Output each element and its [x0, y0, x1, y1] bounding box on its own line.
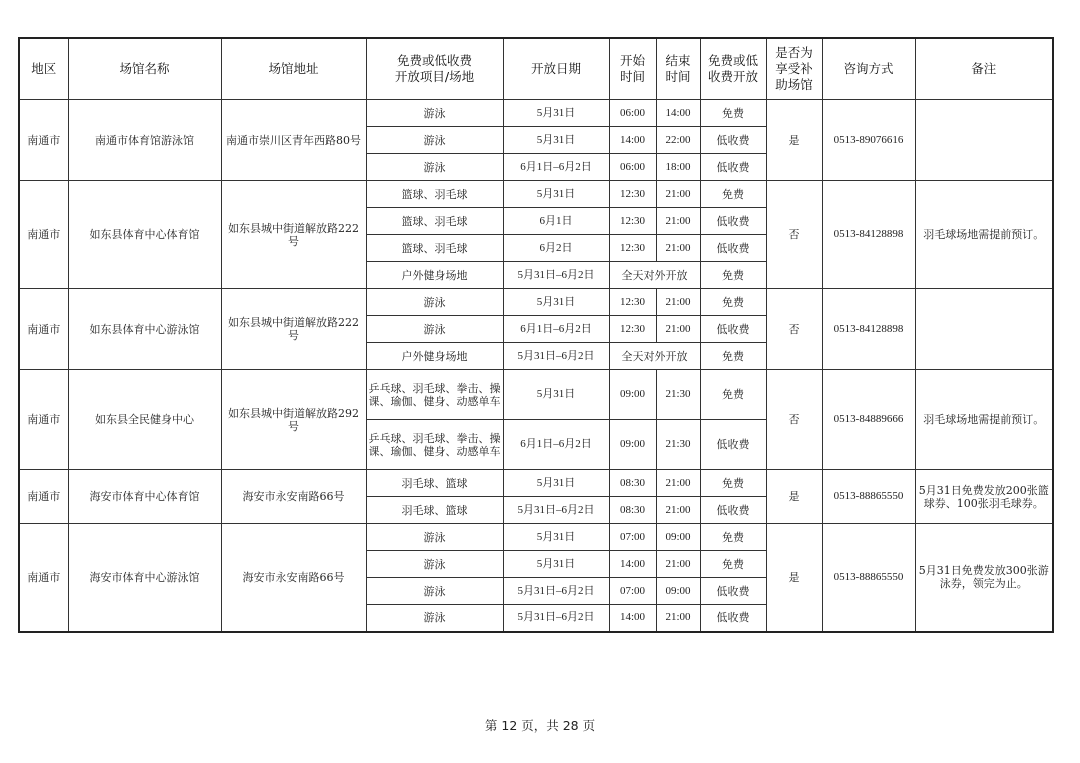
- all-day-cell: 全天对外开放: [609, 262, 700, 289]
- header-fee-type: 免费或低收费开放: [700, 38, 766, 100]
- region-cell: 南通市: [19, 289, 68, 370]
- venue-name-cell: 南通市体育馆游泳馆: [68, 100, 221, 181]
- page-indicator: 第 12 页，共 28 页: [0, 716, 1080, 734]
- table-header-row: 地区 场馆名称 场馆地址 免费或低收费开放项目/场地 开放日期 开始时间 结束时…: [19, 38, 1053, 100]
- header-contact: 咨询方式: [822, 38, 915, 100]
- region-cell: 南通市: [19, 181, 68, 289]
- date-cell: 5月31日: [503, 100, 609, 127]
- table-row: 南通市 如东县体育中心游泳馆 如东县城中街道解放路222号 游泳 5月31日 1…: [19, 289, 1053, 316]
- fee-cell: 免费: [700, 262, 766, 289]
- end-time-cell: 21:00: [656, 181, 700, 208]
- start-time-cell: 14:00: [609, 551, 656, 578]
- remarks-cell: 羽毛球场地需提前预订。: [915, 370, 1053, 470]
- start-time-cell: 12:30: [609, 316, 656, 343]
- date-cell: 5月31日–6月2日: [503, 343, 609, 370]
- project-cell: 游泳: [366, 605, 503, 632]
- fee-cell: 低收费: [700, 316, 766, 343]
- contact-cell: 0513-84128898: [822, 289, 915, 370]
- header-project-line2: 开放项目/场地: [395, 69, 474, 84]
- header-sub-line1: 是否为: [775, 45, 813, 60]
- start-time-cell: 12:30: [609, 181, 656, 208]
- header-project-line1: 免费或低收费: [397, 53, 472, 68]
- end-time-cell: 21:00: [656, 235, 700, 262]
- venue-address-cell: 如东县城中街道解放路222号: [221, 181, 366, 289]
- end-time-cell: 09:00: [656, 524, 700, 551]
- end-time-cell: 22:00: [656, 127, 700, 154]
- start-time-cell: 07:00: [609, 524, 656, 551]
- end-time-cell: 21:00: [656, 497, 700, 524]
- header-start-time: 开始时间: [609, 38, 656, 100]
- fee-cell: 低收费: [700, 235, 766, 262]
- venue-name-cell: 如东县体育中心体育馆: [68, 181, 221, 289]
- end-time-cell: 21:00: [656, 208, 700, 235]
- fee-cell: 低收费: [700, 497, 766, 524]
- project-cell: 羽毛球、篮球: [366, 497, 503, 524]
- date-cell: 5月31日: [503, 370, 609, 420]
- date-cell: 6月1日–6月2日: [503, 154, 609, 181]
- end-time-cell: 21:30: [656, 370, 700, 420]
- fee-cell: 免费: [700, 370, 766, 420]
- date-cell: 5月31日: [503, 127, 609, 154]
- fee-cell: 低收费: [700, 208, 766, 235]
- project-cell: 游泳: [366, 316, 503, 343]
- venue-address-cell: 如东县城中街道解放路222号: [221, 289, 366, 370]
- venue-address-cell: 海安市永安南路66号: [221, 470, 366, 524]
- header-end-line1: 结束: [665, 53, 690, 68]
- end-time-cell: 21:00: [656, 316, 700, 343]
- remarks-cell: [915, 100, 1053, 181]
- project-cell: 游泳: [366, 289, 503, 316]
- table-row: 南通市 海安市体育中心体育馆 海安市永安南路66号 羽毛球、篮球 5月31日 0…: [19, 470, 1053, 497]
- start-time-cell: 08:30: [609, 470, 656, 497]
- start-time-cell: 14:00: [609, 127, 656, 154]
- date-cell: 6月1日: [503, 208, 609, 235]
- fee-cell: 低收费: [700, 420, 766, 470]
- project-cell: 户外健身场地: [366, 262, 503, 289]
- end-time-cell: 18:00: [656, 154, 700, 181]
- project-cell: 篮球、羽毛球: [366, 235, 503, 262]
- remarks-cell: 5月31日免费发放300张游泳券，领完为止。: [915, 524, 1053, 632]
- fee-cell: 低收费: [700, 605, 766, 632]
- date-cell: 5月31日: [503, 470, 609, 497]
- start-time-cell: 09:00: [609, 420, 656, 470]
- region-cell: 南通市: [19, 370, 68, 470]
- date-cell: 5月31日–6月2日: [503, 578, 609, 605]
- subsidized-cell: 否: [766, 370, 822, 470]
- remarks-cell: 羽毛球场地需提前预订。: [915, 181, 1053, 289]
- contact-cell: 0513-84889666: [822, 370, 915, 470]
- subsidized-cell: 是: [766, 100, 822, 181]
- venue-name-cell: 海安市体育中心体育馆: [68, 470, 221, 524]
- project-cell: 游泳: [366, 578, 503, 605]
- fee-cell: 免费: [700, 181, 766, 208]
- fee-cell: 低收费: [700, 154, 766, 181]
- fee-cell: 免费: [700, 551, 766, 578]
- fee-cell: 低收费: [700, 127, 766, 154]
- venue-address-cell: 海安市永安南路66号: [221, 524, 366, 632]
- end-time-cell: 21:30: [656, 420, 700, 470]
- date-cell: 5月31日–6月2日: [503, 605, 609, 632]
- fee-cell: 免费: [700, 470, 766, 497]
- fee-cell: 免费: [700, 100, 766, 127]
- region-cell: 南通市: [19, 100, 68, 181]
- header-start-line1: 开始: [620, 53, 645, 68]
- venue-name-cell: 如东县体育中心游泳馆: [68, 289, 221, 370]
- venue-address-cell: 南通市崇川区青年西路80号: [221, 100, 366, 181]
- venue-name-cell: 海安市体育中心游泳馆: [68, 524, 221, 632]
- end-time-cell: 21:00: [656, 289, 700, 316]
- header-venue-name: 场馆名称: [68, 38, 221, 100]
- header-remarks: 备注: [915, 38, 1053, 100]
- fee-cell: 免费: [700, 289, 766, 316]
- start-time-cell: 12:30: [609, 289, 656, 316]
- subsidized-cell: 是: [766, 470, 822, 524]
- date-cell: 6月1日–6月2日: [503, 420, 609, 470]
- header-start-line2: 时间: [620, 69, 645, 84]
- end-time-cell: 21:00: [656, 551, 700, 578]
- subsidized-cell: 否: [766, 289, 822, 370]
- project-cell: 篮球、羽毛球: [366, 208, 503, 235]
- start-time-cell: 06:00: [609, 154, 656, 181]
- date-cell: 5月31日: [503, 551, 609, 578]
- project-cell: 乒乓球、羽毛球、拳击、操课、瑜伽、健身、动感单车: [366, 420, 503, 470]
- date-cell: 5月31日: [503, 524, 609, 551]
- header-project: 免费或低收费开放项目/场地: [366, 38, 503, 100]
- end-time-cell: 14:00: [656, 100, 700, 127]
- header-sub-line3: 助场馆: [775, 77, 813, 92]
- header-end-time: 结束时间: [656, 38, 700, 100]
- header-region: 地区: [19, 38, 68, 100]
- date-cell: 5月31日: [503, 181, 609, 208]
- header-fee-line2: 收费开放: [708, 69, 758, 84]
- subsidized-cell: 是: [766, 524, 822, 632]
- project-cell: 游泳: [366, 100, 503, 127]
- end-time-cell: 21:00: [656, 470, 700, 497]
- contact-cell: 0513-89076616: [822, 100, 915, 181]
- header-end-line2: 时间: [665, 69, 690, 84]
- start-time-cell: 09:00: [609, 370, 656, 420]
- all-day-cell: 全天对外开放: [609, 343, 700, 370]
- region-cell: 南通市: [19, 470, 68, 524]
- start-time-cell: 14:00: [609, 605, 656, 632]
- end-time-cell: 21:00: [656, 605, 700, 632]
- table-row: 南通市 如东县体育中心体育馆 如东县城中街道解放路222号 篮球、羽毛球 5月3…: [19, 181, 1053, 208]
- fee-cell: 免费: [700, 524, 766, 551]
- date-cell: 5月31日–6月2日: [503, 262, 609, 289]
- header-venue-address: 场馆地址: [221, 38, 366, 100]
- subsidized-cell: 否: [766, 181, 822, 289]
- table-row: 南通市 南通市体育馆游泳馆 南通市崇川区青年西路80号 游泳 5月31日 06:…: [19, 100, 1053, 127]
- project-cell: 游泳: [366, 524, 503, 551]
- start-time-cell: 08:30: [609, 497, 656, 524]
- date-cell: 5月31日–6月2日: [503, 497, 609, 524]
- fee-cell: 免费: [700, 343, 766, 370]
- venue-name-cell: 如东县全民健身中心: [68, 370, 221, 470]
- contact-cell: 0513-88865550: [822, 524, 915, 632]
- project-cell: 游泳: [366, 551, 503, 578]
- start-time-cell: 12:30: [609, 208, 656, 235]
- header-sub-line2: 享受补: [775, 61, 813, 76]
- start-time-cell: 12:30: [609, 235, 656, 262]
- project-cell: 篮球、羽毛球: [366, 181, 503, 208]
- start-time-cell: 07:00: [609, 578, 656, 605]
- date-cell: 6月1日–6月2日: [503, 316, 609, 343]
- project-cell: 游泳: [366, 127, 503, 154]
- header-open-date: 开放日期: [503, 38, 609, 100]
- project-cell: 游泳: [366, 154, 503, 181]
- end-time-cell: 09:00: [656, 578, 700, 605]
- fee-cell: 低收费: [700, 578, 766, 605]
- project-cell: 户外健身场地: [366, 343, 503, 370]
- venue-schedule-table: 地区 场馆名称 场馆地址 免费或低收费开放项目/场地 开放日期 开始时间 结束时…: [18, 37, 1054, 633]
- project-cell: 羽毛球、篮球: [366, 470, 503, 497]
- table-row: 南通市 海安市体育中心游泳馆 海安市永安南路66号 游泳 5月31日 07:00…: [19, 524, 1053, 551]
- table-row: 南通市 如东县全民健身中心 如东县城中街道解放路292号 乒乓球、羽毛球、拳击、…: [19, 370, 1053, 420]
- remarks-cell: 5月31日免费发放200张篮球券、100张羽毛球券。: [915, 470, 1053, 524]
- date-cell: 5月31日: [503, 289, 609, 316]
- contact-cell: 0513-88865550: [822, 470, 915, 524]
- region-cell: 南通市: [19, 524, 68, 632]
- header-fee-line1: 免费或低: [708, 53, 758, 68]
- contact-cell: 0513-84128898: [822, 181, 915, 289]
- remarks-cell: [915, 289, 1053, 370]
- date-cell: 6月2日: [503, 235, 609, 262]
- project-cell: 乒乓球、羽毛球、拳击、操课、瑜伽、健身、动感单车: [366, 370, 503, 420]
- start-time-cell: 06:00: [609, 100, 656, 127]
- header-subsidized: 是否为享受补助场馆: [766, 38, 822, 100]
- venue-address-cell: 如东县城中街道解放路292号: [221, 370, 366, 470]
